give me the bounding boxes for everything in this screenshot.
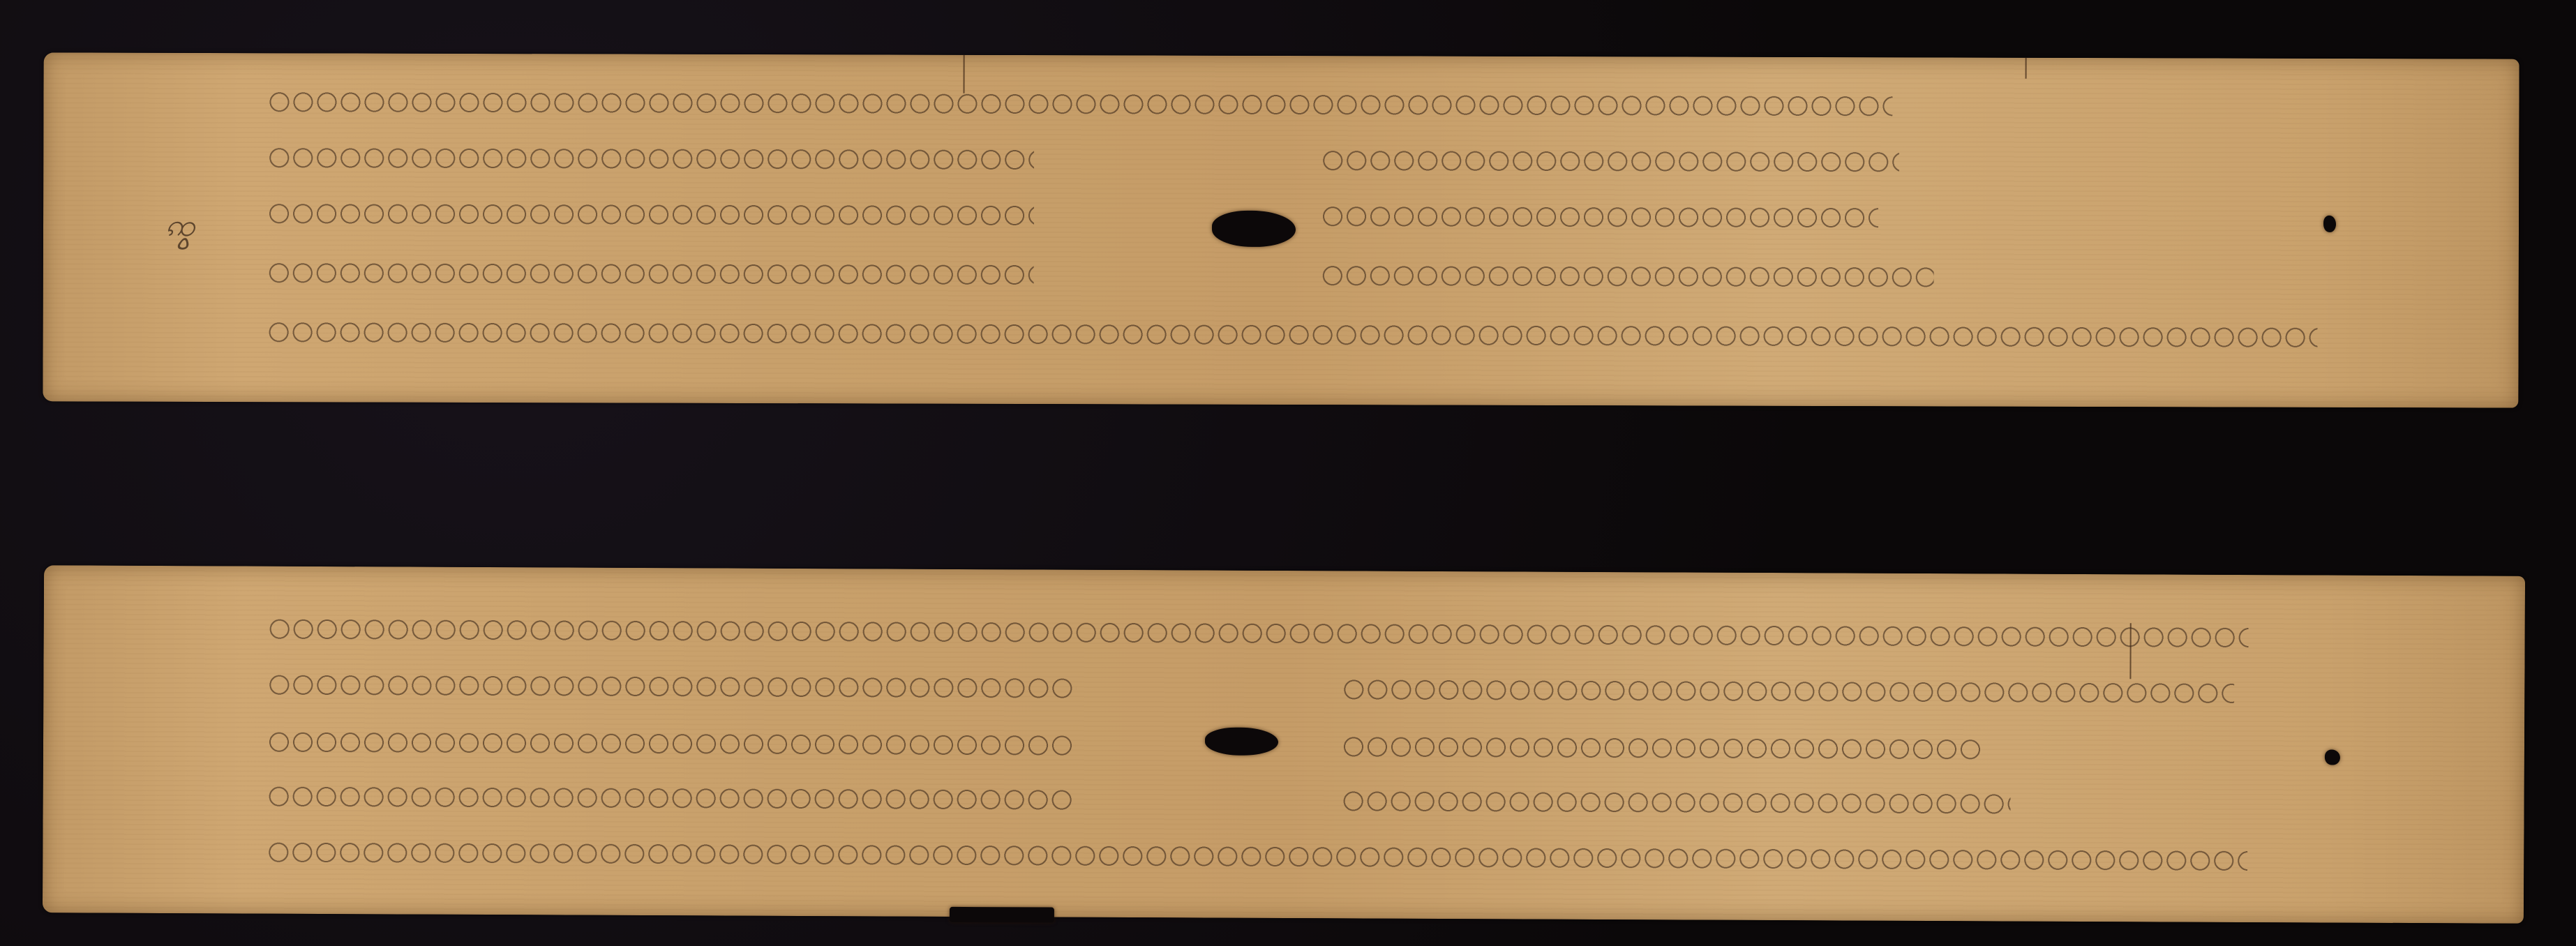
script-line bbox=[267, 608, 2249, 657]
script-line bbox=[1341, 780, 2011, 823]
script-line bbox=[267, 311, 2318, 357]
script-line bbox=[267, 664, 1076, 708]
leaf-edge-damage bbox=[950, 907, 1054, 923]
string-hole-round bbox=[2323, 216, 2336, 232]
script-line bbox=[267, 721, 1076, 765]
palm-leaf-manuscript-top: ꩡ᩠ᩅ bbox=[43, 52, 2519, 407]
script-line bbox=[1341, 726, 1983, 769]
script-line bbox=[267, 193, 1034, 235]
script-line bbox=[267, 137, 1034, 179]
string-hole-round bbox=[2325, 750, 2340, 765]
script-line bbox=[1320, 140, 1899, 181]
leaf-crack bbox=[2025, 58, 2027, 79]
script-line bbox=[1341, 668, 2234, 713]
script-line bbox=[266, 832, 2247, 880]
script-line bbox=[267, 81, 1892, 126]
palm-leaf-manuscript-bottom bbox=[43, 565, 2525, 924]
folio-number-mark: ꩡ᩠ᩅ bbox=[165, 203, 195, 252]
string-hole-irregular bbox=[1205, 728, 1278, 756]
script-line bbox=[267, 252, 1034, 294]
script-line bbox=[1320, 195, 1878, 237]
string-hole-irregular bbox=[1212, 211, 1296, 247]
script-line bbox=[267, 776, 1076, 820]
script-line bbox=[1320, 255, 1934, 296]
